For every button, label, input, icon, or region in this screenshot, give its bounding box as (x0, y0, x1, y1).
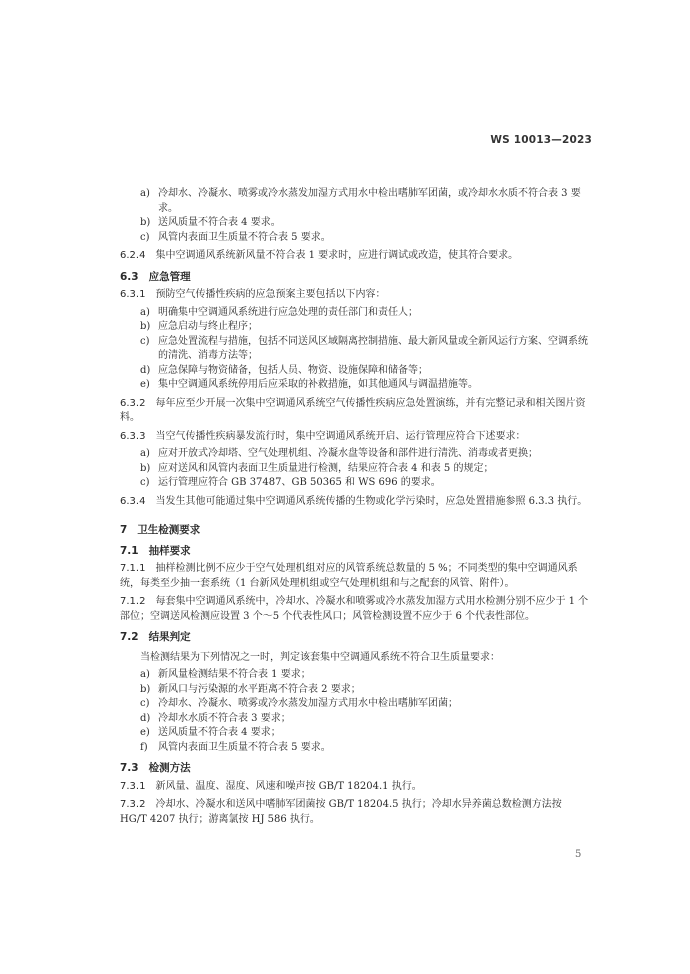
list-item: a) 应对开放式冷却塔、空气处理机组、冷凝水盘等设备和部件进行清洗、消毒或者更换… (120, 447, 590, 462)
heading-7-3: 7.3检测方法 (120, 761, 590, 776)
page-content: a) 冷却水、冷凝水、喷雾或冷水蒸发加湿方式用水中检出嗜肺军团菌，或冷却水水质不… (120, 184, 590, 827)
clause-6-3-4: 6.3.4当发生其他可能通过集中空调通风系统传播的生物或化学污染时，应急处置措施… (120, 495, 590, 510)
clause-7-3-2: 7.3.2冷却水、冷凝水和送风中嗜肺军团菌按 GB/T 18204.5 执行；冷… (120, 798, 590, 827)
list-item: c) 风管内表面卫生质量不符合表 5 要求。 (120, 231, 590, 246)
list-item: b) 应对送风和风管内表面卫生质量进行检测，结果应符合表 4 和表 5 的规定； (120, 462, 590, 477)
list-item: b) 送风质量不符合表 4 要求。 (120, 216, 590, 231)
heading-7-2: 7.2结果判定 (120, 630, 590, 645)
list-item: b) 新风口与污染源的水平距离不符合表 2 要求； (120, 683, 590, 698)
list-6-3-1: a) 明确集中空调通风系统进行应急处理的责任部门和责任人； b) 应急启动与终止… (120, 306, 590, 393)
list-item: c) 冷却水、冷凝水、喷雾或冷水蒸发加湿方式用水中检出嗜肺军团菌； (120, 697, 590, 712)
list-7-2: a) 新风量检测结果不符合表 1 要求； b) 新风口与污染源的水平距离不符合表… (120, 668, 590, 755)
list-item: a) 明确集中空调通风系统进行应急处理的责任部门和责任人； (120, 306, 590, 321)
list-item: e) 送风质量不符合表 4 要求； (120, 726, 590, 741)
heading-7: 7卫生检测要求 (120, 523, 590, 538)
list-item: a) 冷却水、冷凝水、喷雾或冷水蒸发加湿方式用水中检出嗜肺军团菌，或冷却水水质不… (120, 187, 590, 216)
list-item: c) 应急处置流程与措施，包括不同送风区域隔离控制措施、最大新风量或全新风运行方… (120, 335, 590, 364)
document-page: WS 10013—2023 a) 冷却水、冷凝水、喷雾或冷水蒸发加湿方式用水中检… (0, 0, 690, 974)
list-item: f) 风管内表面卫生质量不符合表 5 要求。 (120, 741, 590, 756)
heading-6-3: 6.3应急管理 (120, 270, 590, 285)
page-number: 5 (575, 849, 581, 860)
standard-code: WS 10013—2023 (490, 134, 592, 146)
list-item: b) 应急启动与终止程序； (120, 320, 590, 335)
list-item: d) 冷却水水质不符合表 3 要求； (120, 712, 590, 727)
list-item: c) 运行管理应符合 GB 37487、GB 50365 和 WS 696 的要… (120, 476, 590, 491)
clause-7-1-1: 7.1.1抽样检测比例不应少于空气处理机组对应的风管系统总数量的 5 %；不同类… (120, 562, 590, 591)
heading-7-1: 7.1抽样要求 (120, 544, 590, 559)
list-item: e) 集中空调通风系统停用后应采取的补救措施，如其他通风与调温措施等。 (120, 378, 590, 393)
clause-6-2-4: 6.2.4集中空调通风系统新风量不符合表 1 要求时，应进行调试或改造，使其符合… (120, 249, 590, 264)
list-6-3-3: a) 应对开放式冷却塔、空气处理机组、冷凝水盘等设备和部件进行清洗、消毒或者更换… (120, 447, 590, 491)
clause-6-3-3: 6.3.3当空气传播性疾病暴发流行时，集中空调通风系统开启、运行管理应符合下述要… (120, 430, 590, 445)
clause-6-3-1: 6.3.1预防空气传播性疾病的应急预案主要包括以下内容： (120, 288, 590, 303)
clause-7-3-1: 7.3.1新风量、温度、湿度、风速和噪声按 GB/T 18204.1 执行。 (120, 780, 590, 795)
clause-7-1-2: 7.1.2每套集中空调通风系统中，冷却水、冷凝水和喷雾或冷水蒸发加湿方式用水检测… (120, 595, 590, 624)
result-intro: 当检测结果为下列情况之一时，判定该套集中空调通风系统不符合卫生质量要求： (120, 651, 590, 666)
list-item: d) 应急保障与物资储备，包括人员、物资、设施保障和储备等； (120, 364, 590, 379)
clause-6-3-2: 6.3.2每年应至少开展一次集中空调通风系统空气传播性疾病应急处置演练，并有完整… (120, 397, 590, 426)
list-6-2-3: a) 冷却水、冷凝水、喷雾或冷水蒸发加湿方式用水中检出嗜肺军团菌，或冷却水水质不… (120, 187, 590, 245)
list-item: a) 新风量检测结果不符合表 1 要求； (120, 668, 590, 683)
